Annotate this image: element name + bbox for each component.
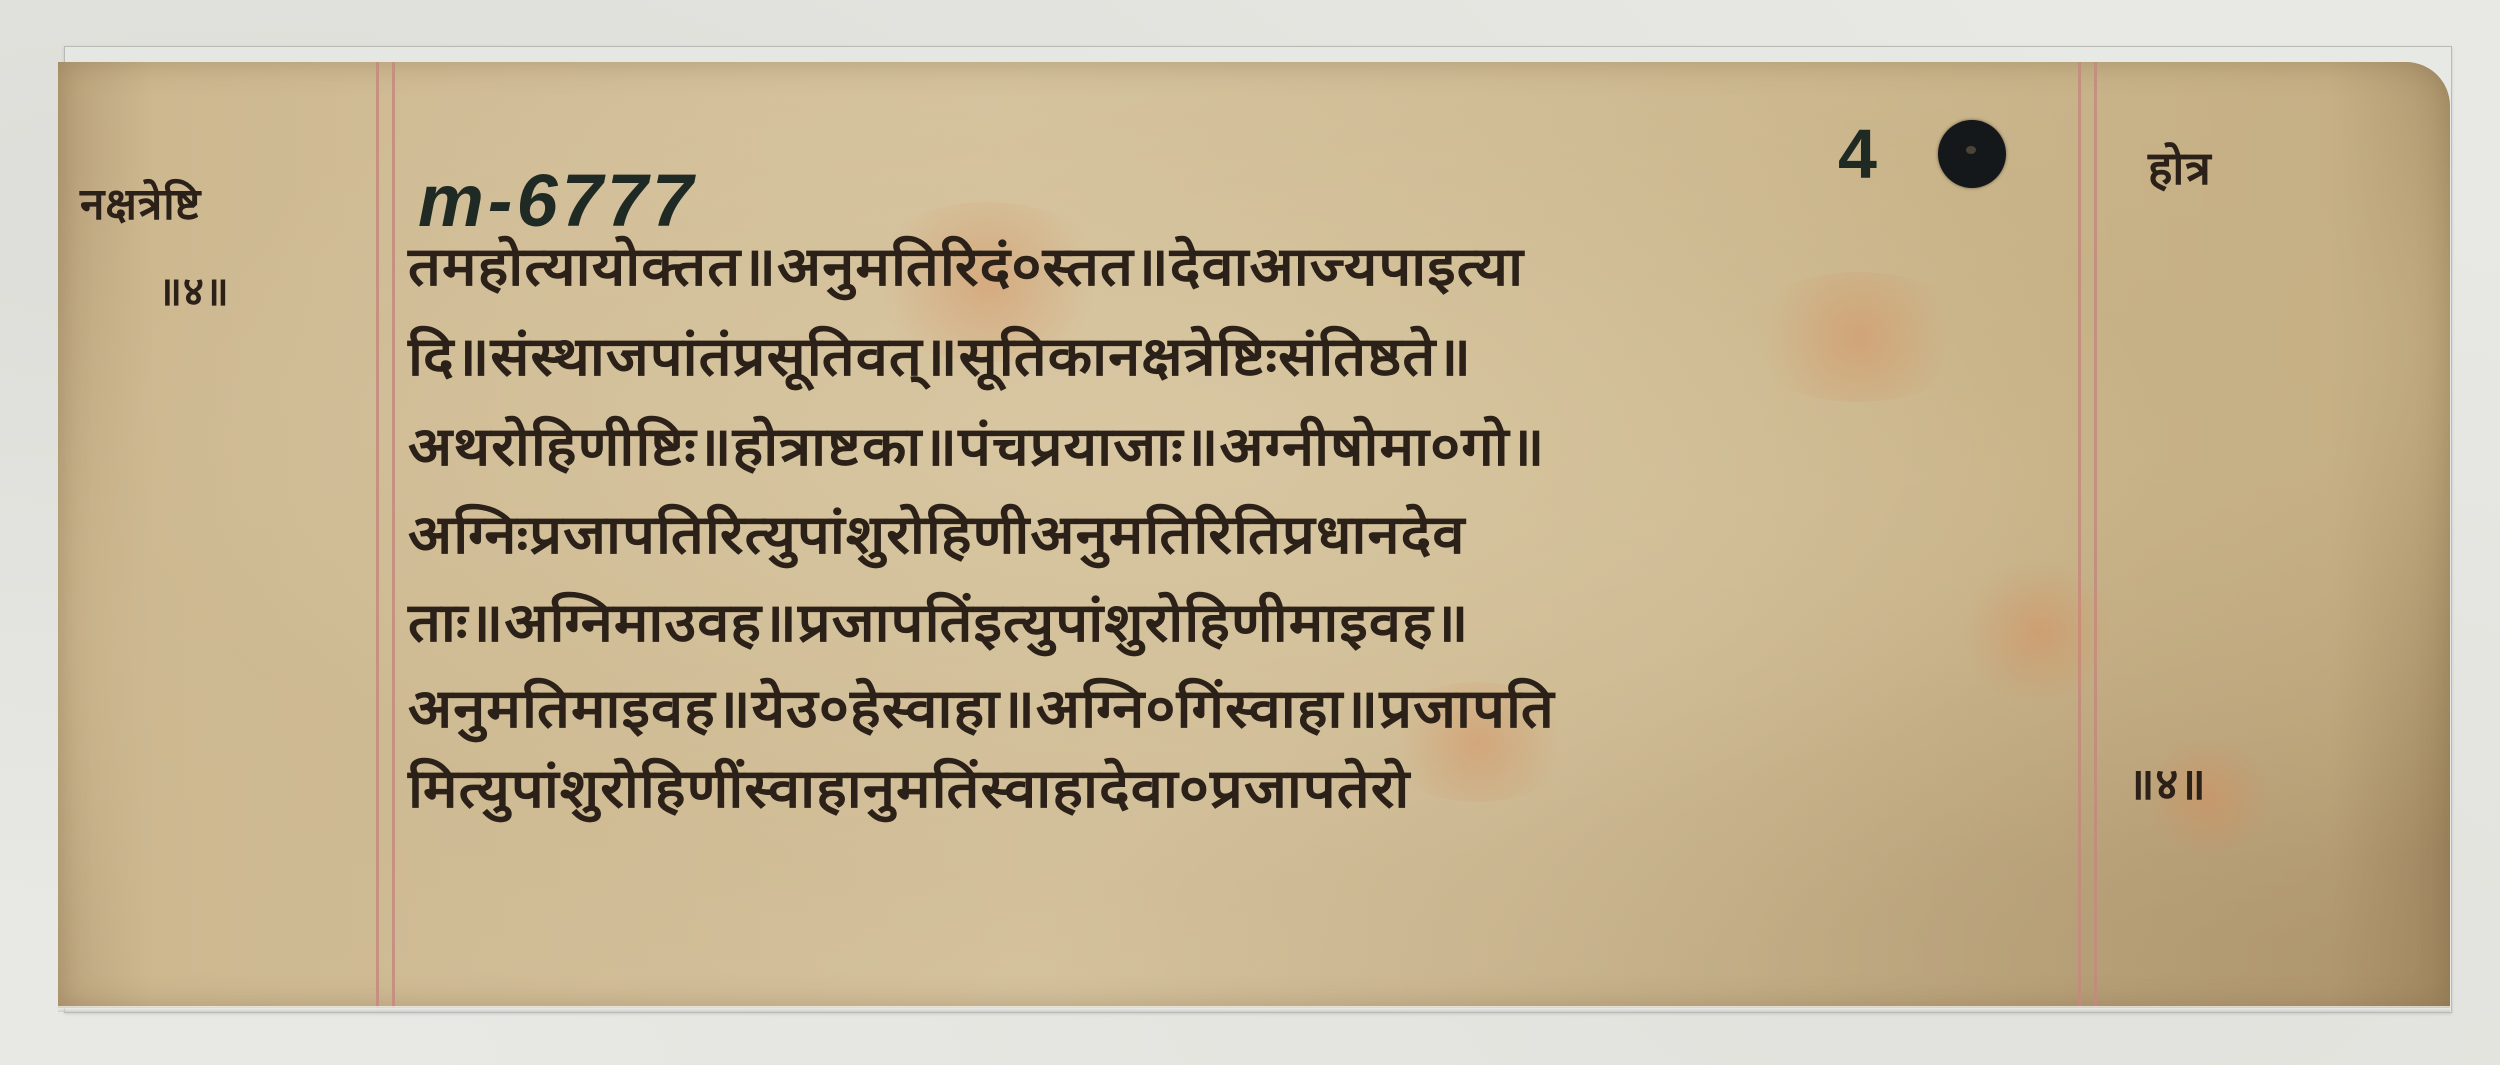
stain: [1958, 562, 2118, 702]
folio-number: 4: [1838, 114, 1878, 194]
text-line-3: अथरोहिणीष्टिः॥होत्राष्टका॥पंचप्रयाजाः॥अग…: [408, 420, 1545, 474]
shelf-mark: m-6777: [418, 158, 697, 243]
right-margin-rule-inner: [2094, 62, 2097, 1008]
text-line-6: अनुमतिमाइवह॥येउ०हेस्वाहा॥अग्नि०गिंस्वाहा…: [408, 682, 1555, 736]
stain: [1738, 272, 1978, 402]
right-margin-folio-ref: ॥४॥: [2128, 752, 2207, 812]
text-line-2: दि॥संस्थाजपांतंप्रसूतिवत्॥सूतिकानक्षत्रे…: [408, 330, 1472, 384]
text-line-4: अग्निःप्रजापतिरित्युपांशुरोहिणीअनुमतिरित…: [408, 508, 1466, 562]
text-line-5: ताः॥अग्निमाउवह॥प्रजापतिंइत्युपांशुरोहिणी…: [408, 596, 1469, 650]
ink-blot: [1938, 120, 2006, 188]
right-margin-rule-outer: [2078, 62, 2081, 1008]
left-margin-title: नक्षत्रेष्टि: [80, 172, 201, 232]
left-margin-rule-inner: [392, 62, 395, 1008]
right-margin-title: होत्र: [2148, 136, 2212, 198]
left-margin-folio-ref: ॥४॥: [158, 262, 230, 317]
manuscript-folio: नक्षत्रेष्टि ॥४॥ m-6777 4 होत्र ॥४॥ तमहो…: [58, 62, 2450, 1008]
left-margin-rule-outer: [376, 62, 379, 1008]
text-line-1: तमहोत्यायोक्तत॥अनुमतिरिदं०स्तत॥देवाआज्यप…: [408, 240, 1524, 294]
text-line-7: मित्युपांशुरोहिणींस्वाहानुमतिंस्वाहादेवा…: [408, 762, 1410, 816]
